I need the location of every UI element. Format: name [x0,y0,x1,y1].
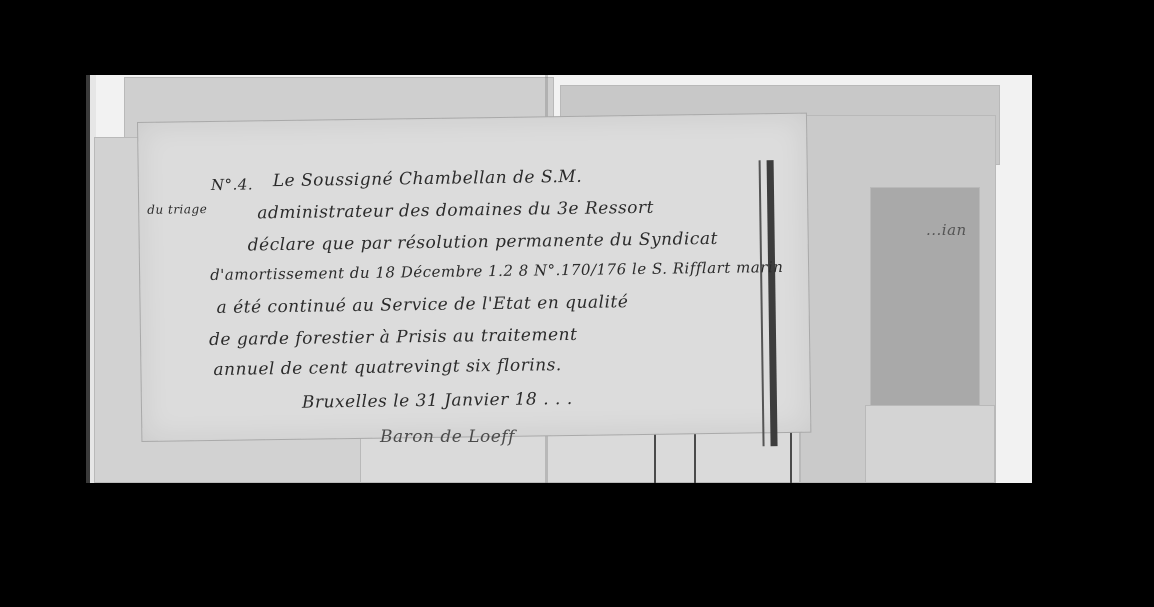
certificate-note: N°.4. du triage Le Soussigné Chambellan … [138,114,810,441]
document-number: N°.4. [211,175,253,194]
text-line-2: administrateur des domaines du 3e Ressor… [257,198,654,224]
text-line-6: de garde forestier à Prisis au traitemen… [209,325,578,350]
margin-rule-thin [759,160,765,446]
scanned-document: ...ian N°.4. du triage Le Soussigné Cham… [86,75,1032,483]
text-line-4: d'amortissement du 18 Décembre 1.2 8 N°.… [210,258,783,284]
text-line-3: déclare que par résolution permanente du… [248,229,718,256]
signature: Baron de Loeff [380,427,515,447]
right-lower-sheet [865,405,995,483]
text-line-7: annuel de cent quatrevingt six florins. [213,355,562,380]
text-line-1: Le Soussigné Chambellan de S.M. [273,167,583,191]
place-date: Bruxelles le 31 Janvier 18 . . . [302,389,573,413]
margin-rule-thick [767,160,778,446]
right-gray-sheet [870,187,980,407]
margin-note: du triage [147,202,207,217]
text-line-5: a été continué au Service de l'Etat en q… [216,292,628,318]
side-fragment-text: ...ian [926,221,967,239]
